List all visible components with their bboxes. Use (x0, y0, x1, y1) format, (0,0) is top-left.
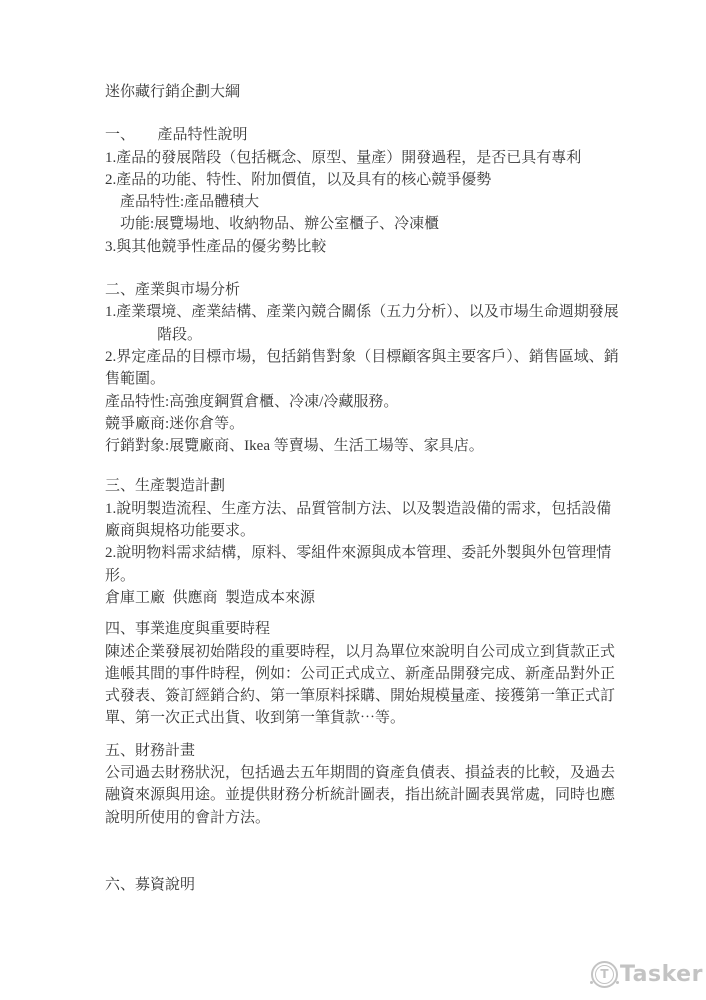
paragraph-line: 產品特性:產品體積大 (105, 191, 645, 213)
section-production-plan: 三、生產製造計劃 1.說明製造流程、生產方法、品質管制方法、以及製造設備的需求，… (105, 475, 645, 609)
paragraph-line: 1.產品的發展階段（包括概念、原型、量產）開發過程，是否已具有專利 (105, 147, 645, 169)
paragraph-line: 1.說明製造流程、生產方法、品質管制方法、以及製造設備的需求，包括設備 (105, 498, 645, 520)
paragraph-line: 單、第一次正式出貨、收到第一筆貨款⋯等。 (105, 707, 645, 729)
section-industry-market-analysis: 二、產業與市場分析 1.產業環境、產業結構、產業內競合關係（五力分析）、以及市場… (105, 279, 645, 457)
tasker-logo-letter: T (595, 965, 614, 984)
document-title: 迷你藏行銷企劃大綱 (105, 81, 645, 103)
watermark: T Tasker (591, 961, 703, 988)
paragraph-line: 倉庫工廠 供應商 製造成本來源 (105, 587, 645, 609)
paragraph-line: 說明所使用的會計方法。 (105, 807, 645, 829)
section-financial-plan: 五、財務計畫 公司過去財務狀況，包括過去五年期間的資產負債表、損益表的比較，及過… (105, 740, 645, 829)
paragraph-line: 2.產品的功能、特性、附加價值，以及具有的核心競爭優勢 (105, 169, 645, 191)
paragraph-line: 階段。 (105, 324, 645, 346)
section-fundraising: 六、募資說明 (105, 874, 645, 896)
section-product-features: 一、 產品特性說明 1.產品的發展階段（包括概念、原型、量產）開發過程，是否已具… (105, 124, 645, 258)
paragraph-line: 功能:展覽場地、收納物品、辦公室櫃子、冷凍櫃 (105, 213, 645, 235)
paragraph-line: 2.界定產品的目標市場，包括銷售對象（目標顧客與主要客戶）、銷售區域、銷 (105, 346, 645, 368)
paragraph-line: 產品特性:高強度鋼質倉櫃、冷凍/冷藏服務。 (105, 391, 645, 413)
section-5-heading: 五、財務計畫 (105, 740, 645, 762)
section-2-heading: 二、產業與市場分析 (105, 279, 645, 301)
tasker-badge-icon: T (591, 961, 618, 988)
paragraph-line: 行銷對象:展覽廠商、Ikea 等賣場、生活工場等、家具店。 (105, 435, 645, 457)
paragraph-line: 融資來源與用途。並提供財務分析統計圖表，指出統計圖表異常處，同時也應 (105, 784, 645, 806)
paragraph-line: 售範圍。 (105, 368, 645, 390)
section-6-heading: 六、募資說明 (105, 874, 645, 896)
paragraph-line: 形。 (105, 565, 645, 587)
paragraph-line: 進帳其間的事件時程，例如：公司正式成立、新產品開發完成、新產品對外正 (105, 663, 645, 685)
paragraph-line: 式發表、簽訂經銷合約、第一筆原料採購、開始規模量產、接獲第一筆正式訂 (105, 685, 645, 707)
paragraph-line: 陳述企業發展初始階段的重要時程，以月為單位來說明自公司成立到貨款正式 (105, 641, 645, 663)
paragraph-line: 公司過去財務狀況，包括過去五年期間的資產負債表、損益表的比較，及過去 (105, 762, 645, 784)
paragraph-line: 競爭廠商:迷你倉等。 (105, 413, 645, 435)
document-body: 迷你藏行銷企劃大綱 一、 產品特性說明 1.產品的發展階段（包括概念、原型、量產… (105, 81, 645, 896)
section-3-heading: 三、生產製造計劃 (105, 475, 645, 497)
section-business-milestones: 四、事業進度與重要時程 陳述企業發展初始階段的重要時程，以月為單位來說明自公司成… (105, 618, 645, 729)
watermark-brand-text: Tasker (620, 961, 703, 988)
paragraph-line: 1.產業環境、產業結構、產業內競合關係（五力分析）、以及市場生命週期發展 (105, 301, 645, 323)
section-1-heading: 一、 產品特性說明 (105, 124, 645, 146)
document-page: 迷你藏行銷企劃大綱 一、 產品特性說明 1.產品的發展階段（包括概念、原型、量產… (0, 0, 706, 1000)
section-4-heading: 四、事業進度與重要時程 (105, 618, 645, 640)
paragraph-line: 3.與其他競爭性產品的優劣勢比較 (105, 236, 645, 258)
paragraph-line: 廠商與規格功能要求。 (105, 520, 645, 542)
paragraph-line: 2.說明物料需求結構，原料、零組件來源與成本管理、委託外製與外包管理情 (105, 542, 645, 564)
